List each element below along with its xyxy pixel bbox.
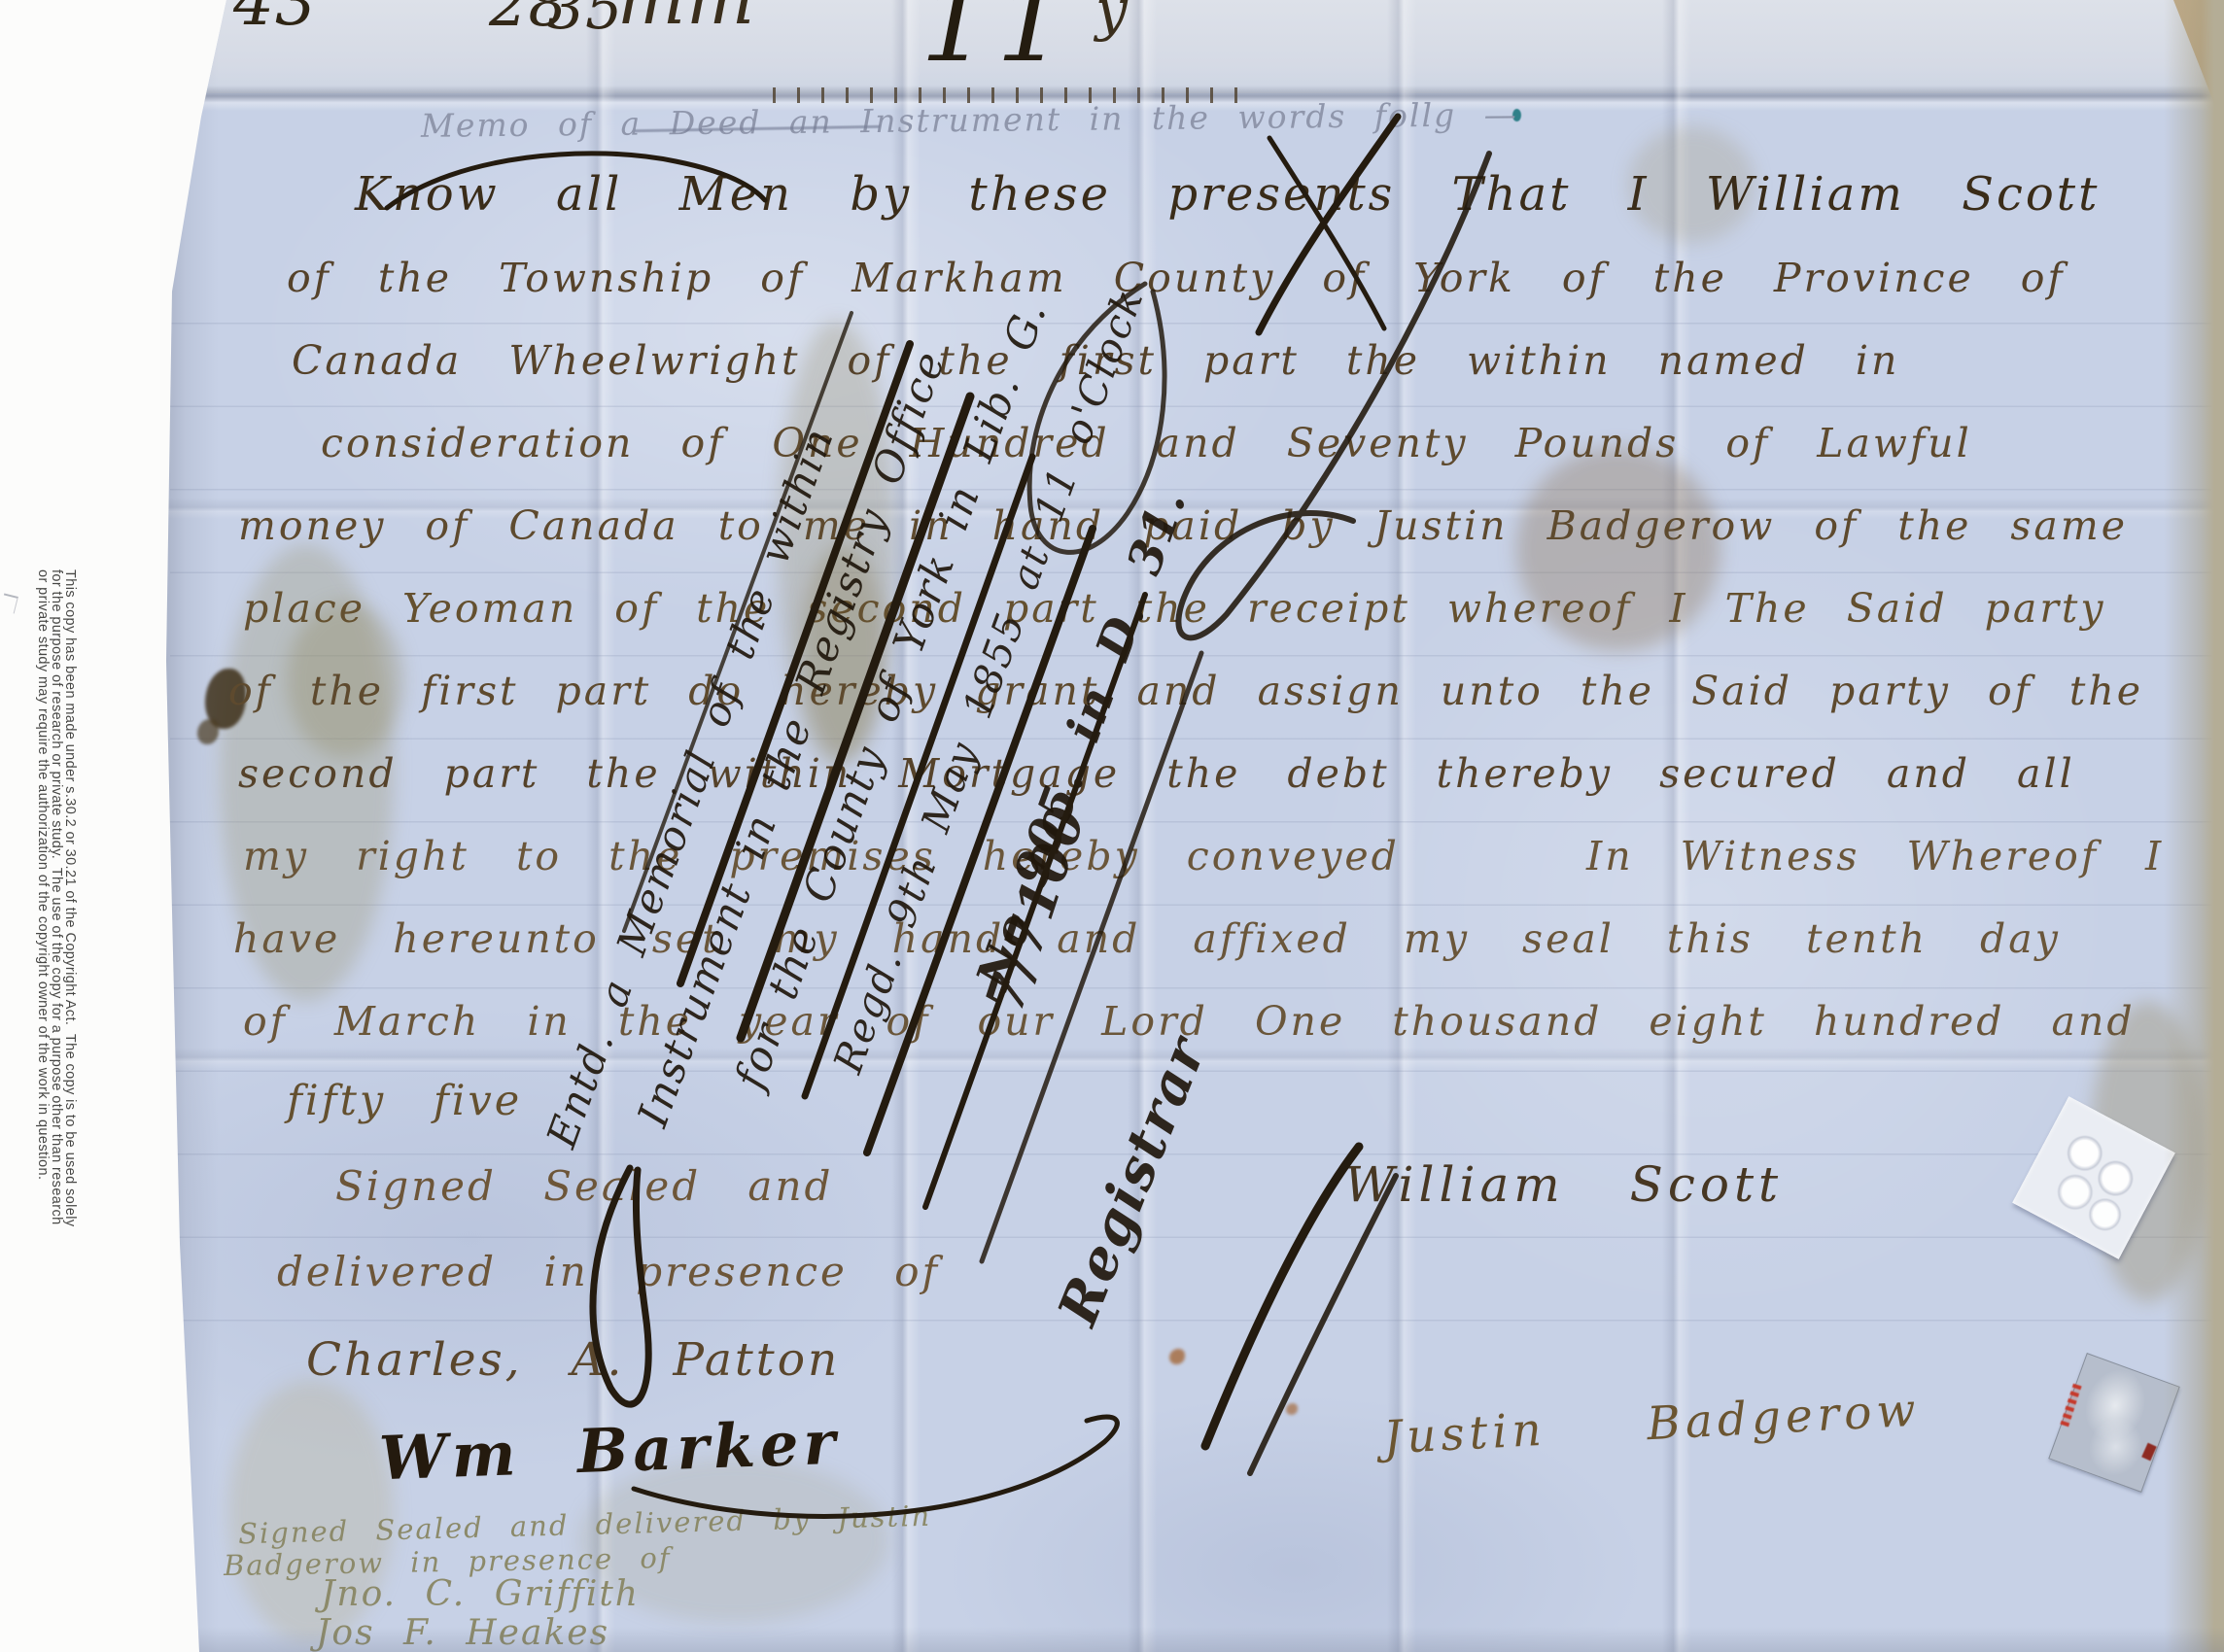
deed-line: of the Township of Markham County of Yor… [287,255,2066,301]
top-edge-fragment: mm [617,0,755,41]
deed-line: have hereunto set my hand and affixed my… [233,915,2061,962]
witness-signature: Charles, A. Patton [306,1333,840,1387]
fold-back-strip [160,0,2224,93]
pencil-scratch [0,593,18,613]
copyright-stamp-line: for the purpose of research or private s… [50,569,63,1428]
top-edge-fragment: 11 [921,0,1072,86]
top-edge-fragment: 43 [233,0,317,40]
deed-line: my right to the premises hereby conveyed… [243,833,2164,879]
deed-line: fifty five [287,1077,522,1125]
copyright-stamp-line: or private study may require the authori… [36,569,50,1428]
document-paper: 43 28 35 mm 11 y Memo of a Deed an Instr… [160,0,2224,1652]
copyright-stamp: This copy has been made under s.30.2 or … [36,569,77,1428]
deed-line: consideration of One Hundred and Seventy… [321,420,1972,466]
ruled-lines [170,241,2211,1388]
pencil-attestation-line: Jno. C. Griffith [321,1574,640,1614]
scan-margin: This copy has been made under s.30.2 or … [0,0,160,1652]
deed-line: of the first part do hereby grant and as… [228,668,2143,714]
grantor-signature: William Scott [1344,1156,1783,1213]
grantee-signature: Justin Badgerow [1382,1384,1922,1465]
scanned-document-page: This copy has been made under s.30.2 or … [0,0,2224,1652]
deed-line: Know all Men by these presents That I Wi… [355,167,2100,222]
pencil-attestation-line: Jos F. Heakes [316,1613,609,1652]
deed-line: second part the within Mortgage the debt… [238,750,2075,797]
top-edge-fragment: 35 [547,0,623,43]
rust-spot [1286,1403,1298,1415]
top-edge-fragment: y [1095,0,1129,43]
attestation-line: delivered in presence of [277,1248,940,1295]
deed-line: place Yeoman of the second part the rece… [243,585,2106,632]
copyright-stamp-line: This copy has been made under s.30.2 or … [63,569,77,1428]
attestation-line: Signed Sealed and [335,1162,833,1210]
deed-line: of March in the year of our Lord One tho… [243,998,2136,1045]
